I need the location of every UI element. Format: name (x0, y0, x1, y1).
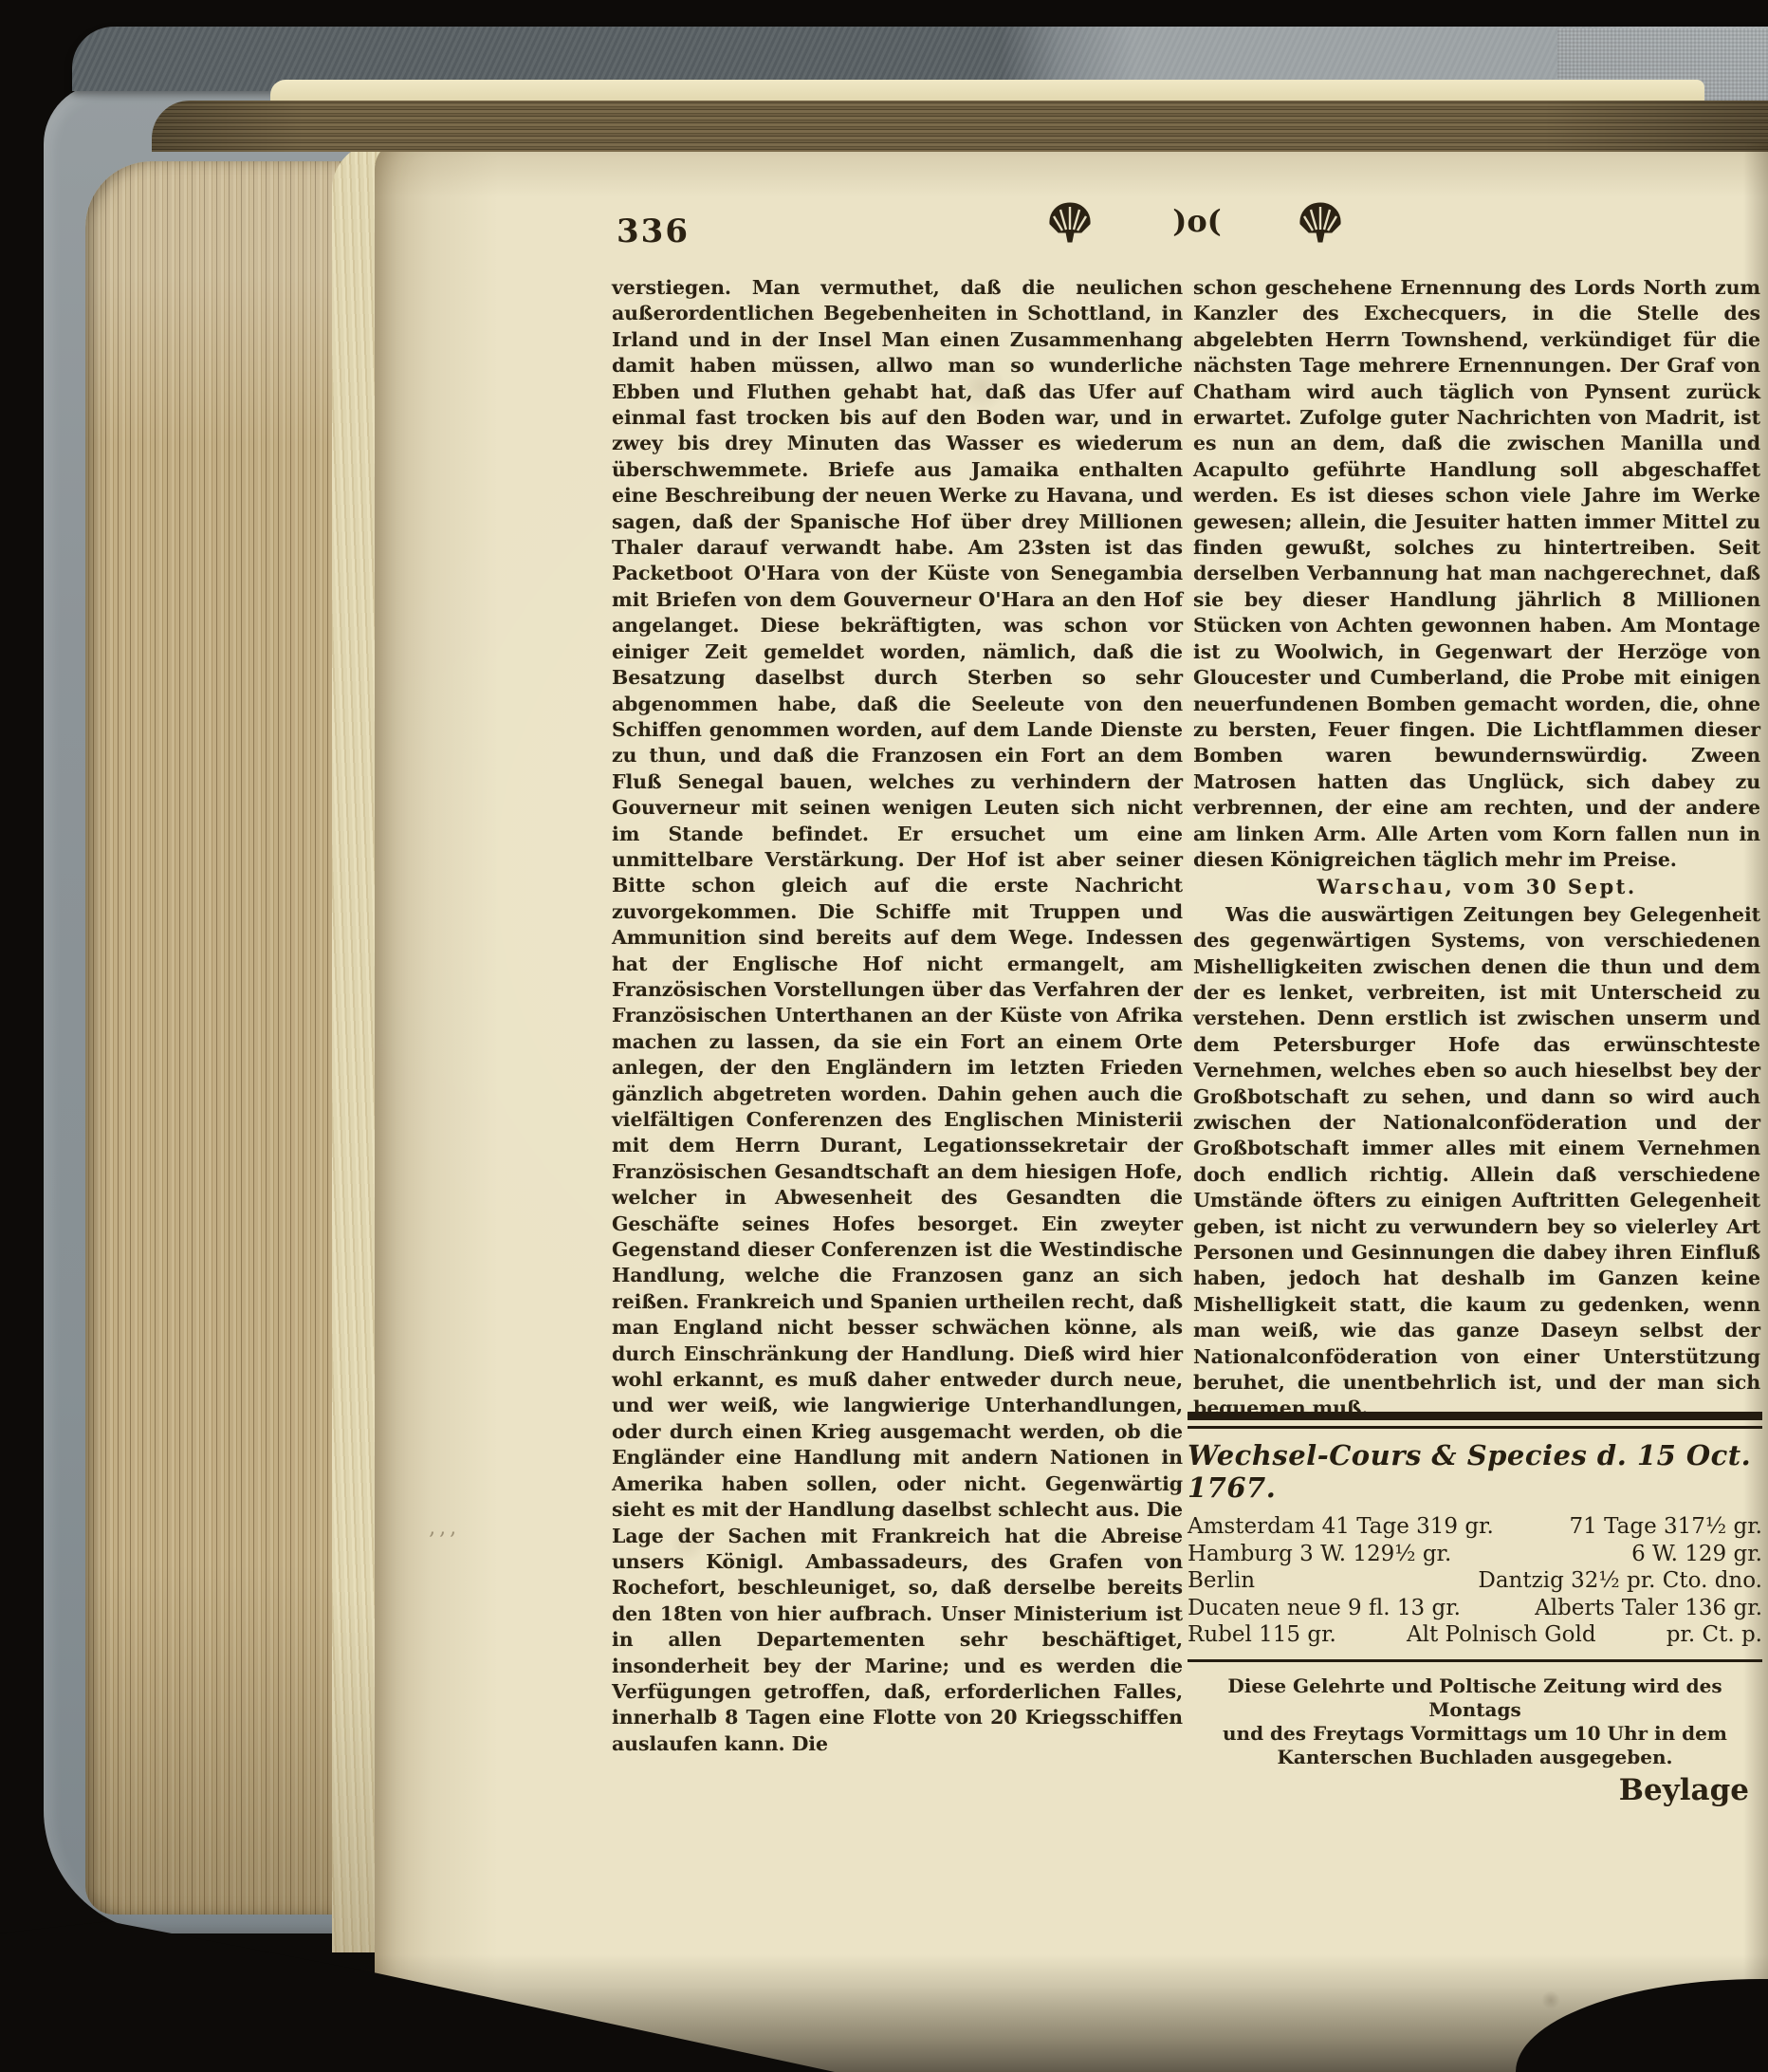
exchange-cell: Alberts Taler 136 gr. (1535, 1595, 1762, 1622)
imprint-line: Kanterschen Buchladen ausgegeben. (1188, 1746, 1762, 1769)
fleuron-icon (1045, 201, 1095, 243)
column-divider-ornament: )o( (1150, 203, 1244, 239)
news-paragraph: schon geschehene Ernennung des Lords Nor… (1193, 275, 1760, 873)
imprint-line: und des Freytags Vormittags um 10 Uhr in… (1188, 1722, 1762, 1746)
exchange-cell: 71 Tage 317½ gr. (1570, 1513, 1763, 1541)
ink-smudge: ‚‚‚ (429, 1516, 514, 1554)
exchange-cell: pr. Ct. p. (1667, 1621, 1762, 1649)
news-paragraph: Was die auswärtigen Zeitungen bey Gelege… (1193, 902, 1760, 1422)
exchange-row: BerlinDantzig 32½ pr. Cto. dno. (1188, 1567, 1762, 1595)
printed-content: 336 )o( (0, 0, 1768, 2072)
catchword: Beylage (1188, 1773, 1762, 1807)
double-rule-thick (1188, 1412, 1762, 1420)
book-photo-scene: 336 )o( (0, 0, 1768, 2072)
exchange-row: Amsterdam 41 Tage 319 gr.71 Tage 317½ gr… (1188, 1513, 1762, 1541)
imprint-line: Diese Gelehrte und Poltische Zeitung wir… (1188, 1674, 1762, 1722)
imprint-note: Diese Gelehrte und Poltische Zeitung wir… (1188, 1674, 1762, 1769)
exchange-row: Ducaten neue 9 fl. 13 gr.Alberts Taler 1… (1188, 1595, 1762, 1622)
exchange-rows: Amsterdam 41 Tage 319 gr.71 Tage 317½ gr… (1188, 1513, 1762, 1649)
exchange-cell: Hamburg 3 W. 129½ gr. (1188, 1541, 1451, 1568)
fleuron-icon (1296, 201, 1345, 243)
exchange-section-title: Wechsel-Cours & Species d. 15 Oct. 1767. (1188, 1439, 1762, 1504)
exchange-cell: Alt Polnisch Gold (1407, 1621, 1596, 1649)
separator-rule (1188, 1659, 1762, 1662)
exchange-row: Hamburg 3 W. 129½ gr.6 W. 129 gr. (1188, 1541, 1762, 1568)
right-text-column: schon geschehene Ernennung des Lords Nor… (1193, 275, 1760, 1422)
left-text-column: verstiegen. Man vermuthet, daß die neuli… (612, 275, 1183, 1757)
news-paragraph: verstiegen. Man vermuthet, daß die neuli… (612, 275, 1183, 1757)
dateline-heading: Warschau, vom 30 Sept. (1193, 874, 1760, 899)
exchange-cell: Dantzig 32½ pr. Cto. dno. (1478, 1567, 1762, 1595)
exchange-row: Rubel 115 gr.Alt Polnisch Goldpr. Ct. p. (1188, 1621, 1762, 1649)
exchange-cell: 6 W. 129 gr. (1631, 1541, 1762, 1568)
exchange-rate-section: Wechsel-Cours & Species d. 15 Oct. 1767.… (1188, 1412, 1762, 1807)
exchange-cell: Berlin (1188, 1567, 1255, 1595)
double-rule-thin (1188, 1426, 1762, 1429)
exchange-cell: Amsterdam 41 Tage 319 gr. (1188, 1513, 1494, 1541)
page-number: 336 (617, 213, 690, 250)
exchange-cell: Ducaten neue 9 fl. 13 gr. (1188, 1595, 1461, 1622)
exchange-cell: Rubel 115 gr. (1188, 1621, 1336, 1649)
